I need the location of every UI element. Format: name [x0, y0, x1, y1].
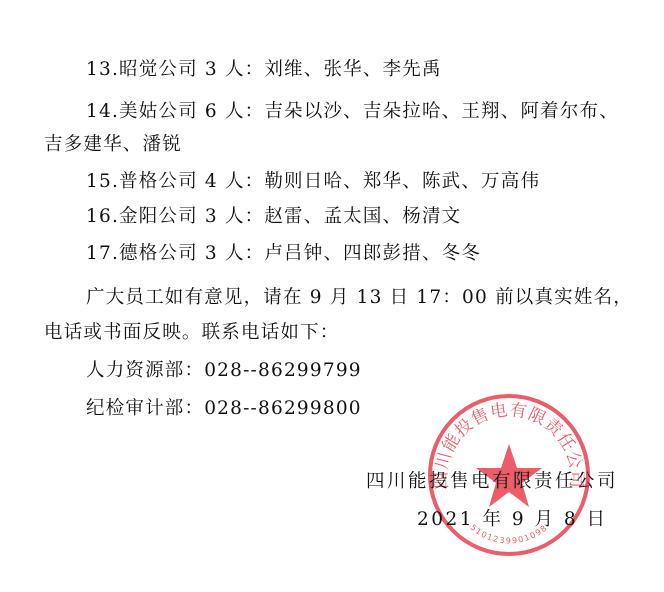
list-item-14: 14.美姑公司 6 人：吉朵以沙、吉朵拉哈、王翔、阿着尔布、: [86, 100, 619, 124]
contact-audit: 纪检审计部：028--86299800: [86, 397, 362, 421]
contact-hr: 人力资源部：028--86299799: [86, 359, 362, 383]
signature-date: 2021 年 9 月 8 日: [417, 508, 608, 532]
list-item-14-continued: 吉多建华、潘锐: [44, 133, 182, 157]
list-item-15: 15.普格公司 4 人：勒则日哈、郑华、陈武、万高伟: [86, 170, 540, 194]
signature-company: 四川能投售电有限责任公司: [366, 470, 618, 494]
notice-paragraph-line1: 广大员工如有意见，请在 9 月 13 日 17：00 前以真实姓名，: [86, 286, 633, 310]
list-item-17: 17.德格公司 3 人：卢吕钟、四郎彭措、冬冬: [86, 242, 481, 266]
notice-paragraph-line2: 电话或书面反映。联系电话如下：: [44, 321, 340, 345]
list-item-16: 16.金阳公司 3 人：赵雷、孟太国、杨清文: [86, 205, 461, 229]
list-item-13: 13.昭觉公司 3 人：刘维、张华、李先禹: [86, 58, 442, 82]
